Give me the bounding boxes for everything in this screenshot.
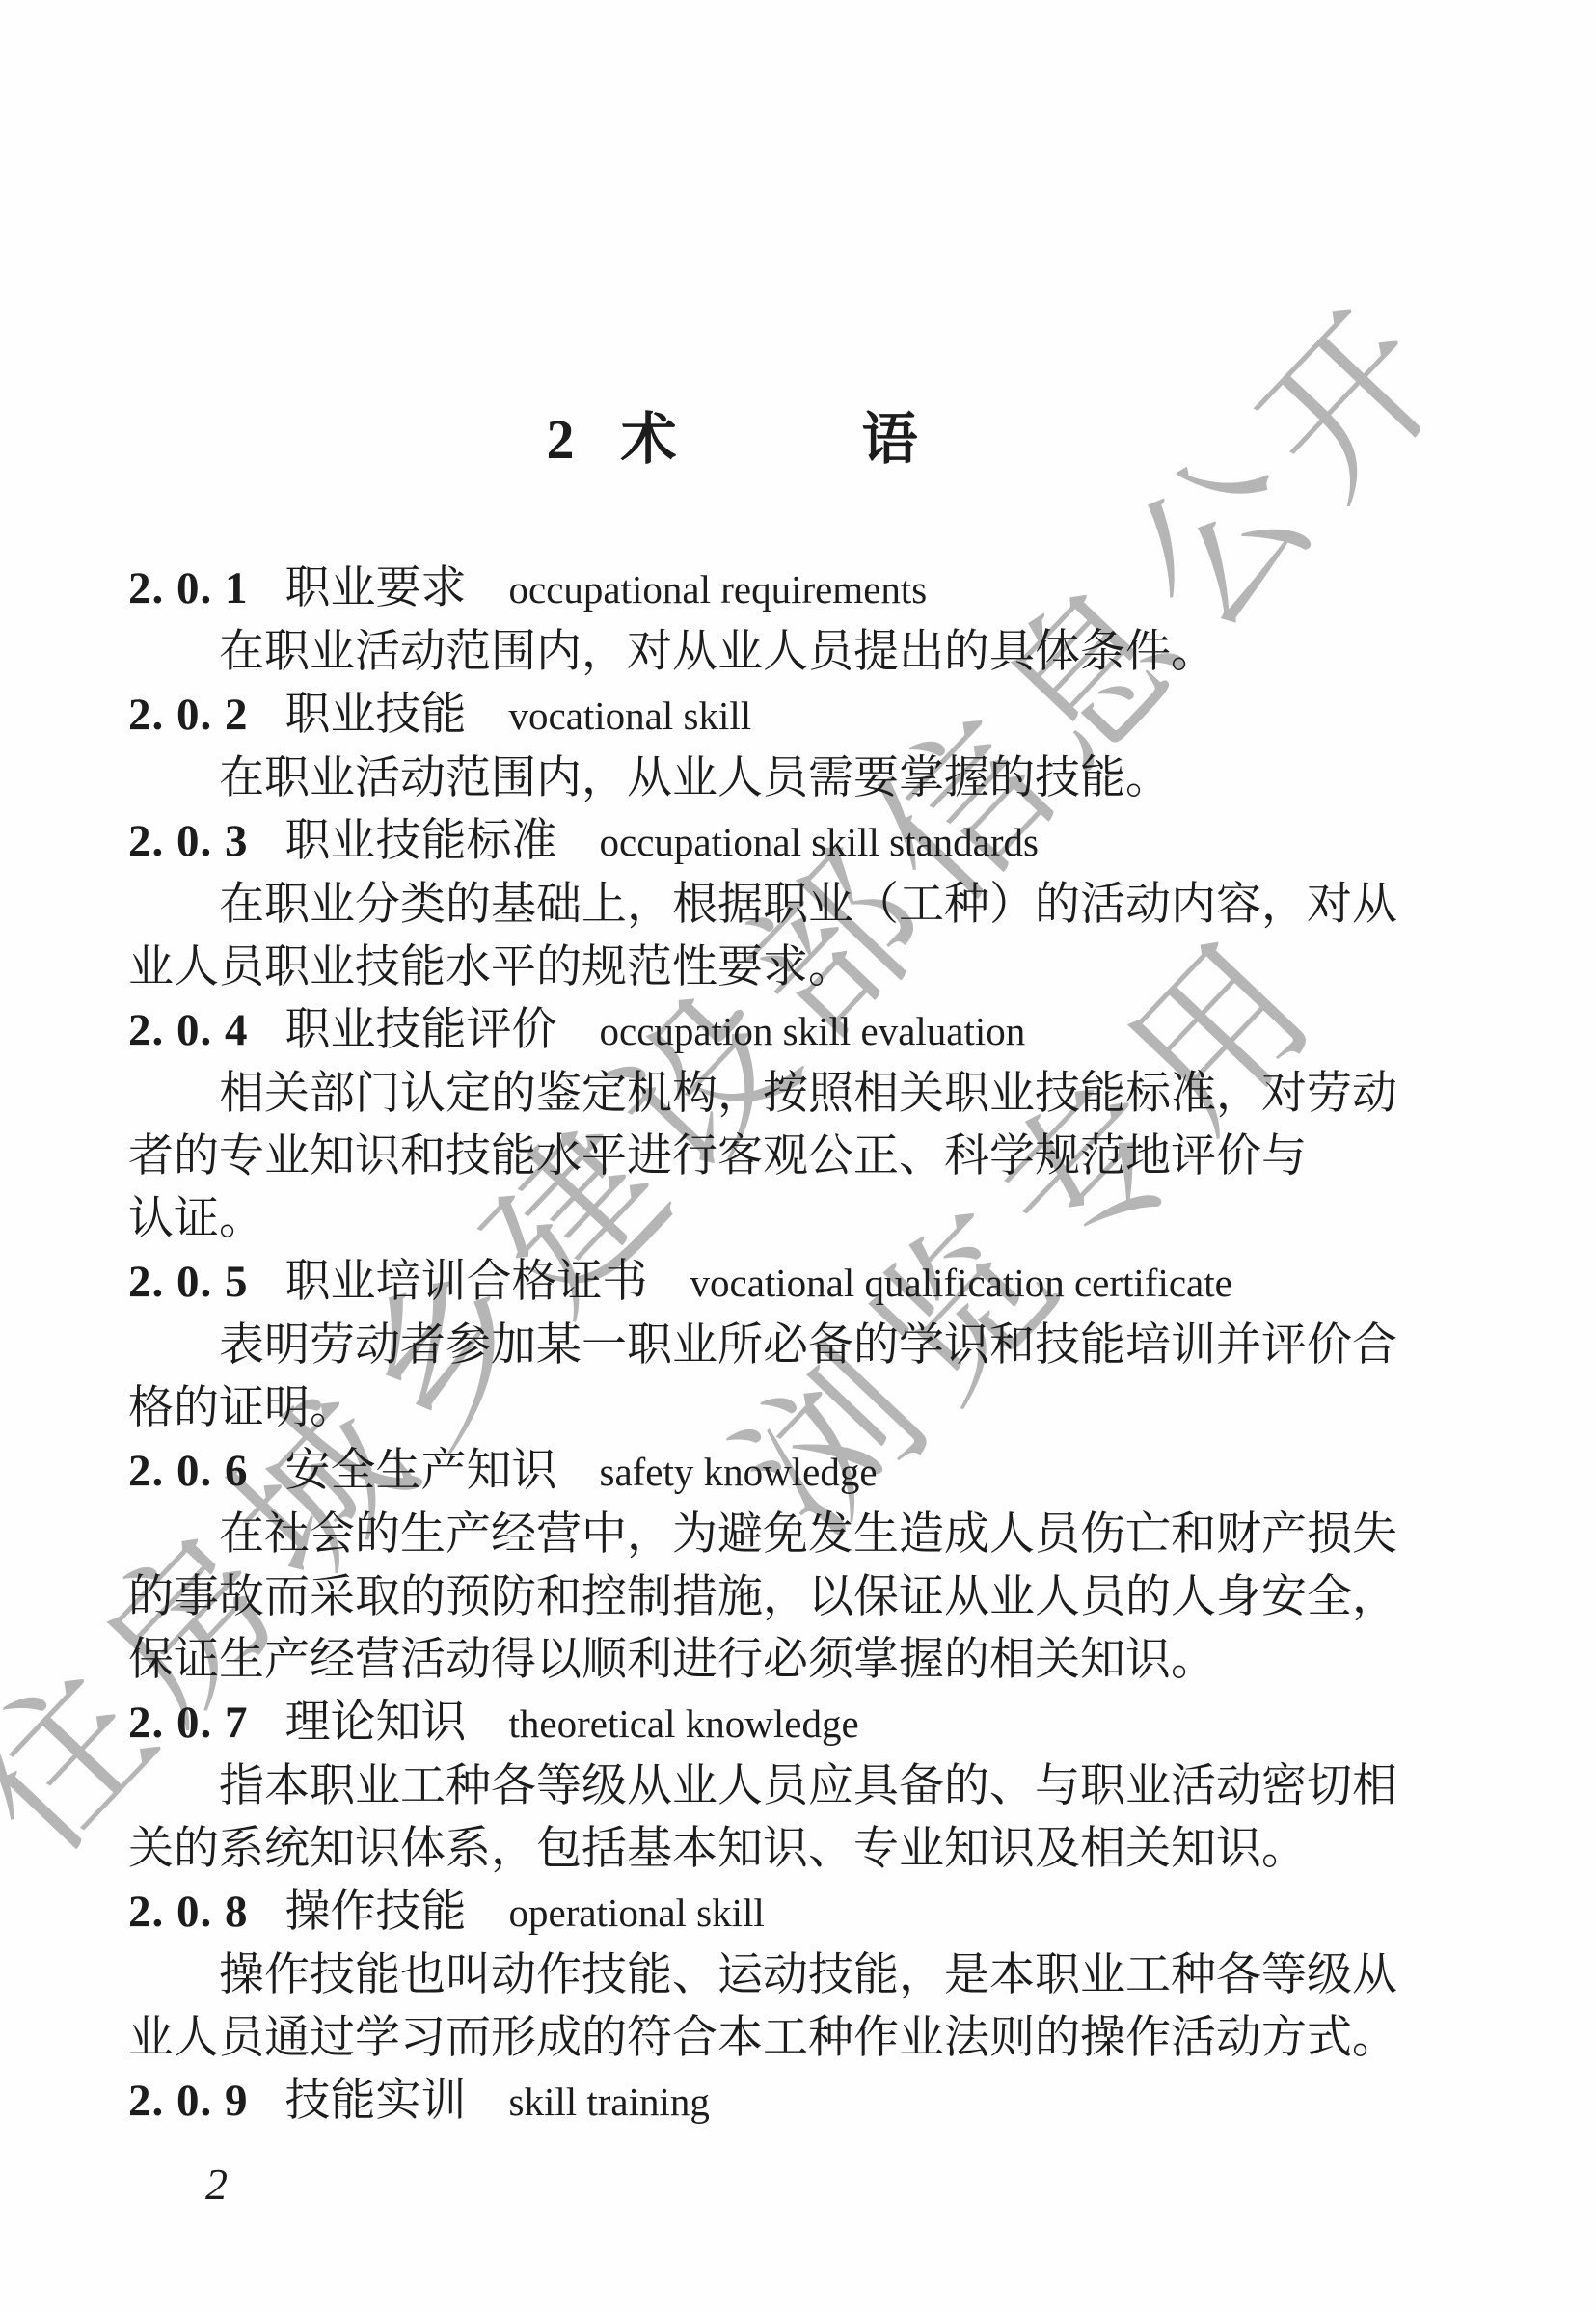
term-heading: 2. 0. 9技能实训skill training xyxy=(128,2070,1475,2134)
clause-number: 2. 0. 3 xyxy=(128,816,249,866)
clause-number: 2. 0. 8 xyxy=(128,1887,249,1937)
term-section-2-0-3: 2. 0. 3职业技能标准occupational skill standard… xyxy=(128,810,1475,999)
clause-number: 2. 0. 5 xyxy=(128,1257,249,1307)
term-english: operational skill xyxy=(509,1890,765,1935)
term-english: theoretical knowledge xyxy=(509,1701,859,1746)
term-section-2-0-7: 2. 0. 7理论知识theoretical knowledge 指本职业工种各… xyxy=(128,1692,1475,1881)
term-chinese: 职业技能评价 xyxy=(285,1005,557,1055)
term-section-2-0-4: 2. 0. 4职业技能评价occupation skill evaluation… xyxy=(128,999,1475,1251)
document-page: 住房城乡建设部信息公开 浏览专用 2术语 2. 0. 1职业要求occupati… xyxy=(0,0,1596,2311)
chapter-number: 2 xyxy=(546,408,576,471)
term-section-2-0-6: 2. 0. 6安全生产知识safety knowledge 在社会的生产经营中，… xyxy=(128,1440,1475,1692)
clause-number: 2. 0. 2 xyxy=(128,690,249,740)
chapter-title: 2术语 xyxy=(0,394,1466,475)
term-chinese: 操作技能 xyxy=(285,1887,467,1937)
chapter-title-char-1: 术 xyxy=(620,408,678,471)
term-definition: 表明劳动者参加某一职业所必备的学识和技能培训并评价合 格的证明。 xyxy=(128,1315,1475,1440)
term-definition: 在社会的生产经营中，为避免发生造成人员伤亡和财产损失 的事故而采取的预防和控制措… xyxy=(128,1504,1475,1692)
term-heading: 2. 0. 4职业技能评价occupation skill evaluation xyxy=(128,999,1475,1063)
term-section-2-0-1: 2. 0. 1职业要求occupational requirements 在职业… xyxy=(128,557,1475,684)
term-english: safety knowledge xyxy=(600,1450,878,1494)
term-definition: 操作技能也叫动作技能、运动技能，是本职业工种各等级从 业人员通过学习而形成的符合… xyxy=(128,1944,1475,2070)
term-definition: 在职业活动范围内，对从业人员提出的具体条件。 xyxy=(128,621,1475,684)
term-section-2-0-2: 2. 0. 2职业技能vocational skill 在职业活动范围内，从业人… xyxy=(128,684,1475,810)
clause-number: 2. 0. 7 xyxy=(128,1698,249,1748)
term-definition: 指本职业工种各等级从业人员应具备的、与职业活动密切相 关的系统知识体系，包括基本… xyxy=(128,1755,1475,1881)
term-section-2-0-9: 2. 0. 9技能实训skill training xyxy=(128,2070,1475,2134)
term-chinese: 职业培训合格证书 xyxy=(285,1257,648,1307)
term-section-2-0-5: 2. 0. 5职业培训合格证书vocational qualification … xyxy=(128,1251,1475,1440)
term-chinese: 安全生产知识 xyxy=(285,1446,557,1496)
term-chinese: 职业要求 xyxy=(285,563,467,613)
clause-number: 2. 0. 9 xyxy=(128,2076,249,2126)
term-chinese: 技能实训 xyxy=(285,2076,467,2126)
terms-list: 2. 0. 1职业要求occupational requirements 在职业… xyxy=(128,557,1475,2134)
term-english: vocational qualification certificate xyxy=(690,1261,1232,1305)
term-chinese: 理论知识 xyxy=(285,1698,467,1748)
term-english: vocational skill xyxy=(509,693,752,738)
page-number: 2 xyxy=(205,2159,228,2210)
term-heading: 2. 0. 3职业技能标准occupational skill standard… xyxy=(128,810,1475,874)
term-definition: 相关部门认定的鉴定机构，按照相关职业技能标准，对劳动 者的专业知识和技能水平进行… xyxy=(128,1063,1475,1251)
term-english: occupational requirements xyxy=(509,567,928,612)
term-heading: 2. 0. 1职业要求occupational requirements xyxy=(128,557,1475,621)
term-heading: 2. 0. 6安全生产知识safety knowledge xyxy=(128,1440,1475,1504)
term-heading: 2. 0. 7理论知识theoretical knowledge xyxy=(128,1692,1475,1755)
term-heading: 2. 0. 8操作技能operational skill xyxy=(128,1881,1475,1944)
page-content: 2术语 2. 0. 1职业要求occupational requirements… xyxy=(0,0,1596,2311)
term-english: occupation skill evaluation xyxy=(600,1009,1026,1053)
term-definition: 在职业活动范围内，从业人员需要掌握的技能。 xyxy=(128,748,1475,810)
term-english: occupational skill standards xyxy=(600,820,1039,864)
term-section-2-0-8: 2. 0. 8操作技能operational skill 操作技能也叫动作技能、… xyxy=(128,1881,1475,2070)
term-english: skill training xyxy=(509,2080,710,2124)
term-definition: 在职业分类的基础上，根据职业（工种）的活动内容，对从 业人员职业技能水平的规范性… xyxy=(128,874,1475,999)
chapter-title-char-2: 语 xyxy=(862,408,920,471)
term-chinese: 职业技能 xyxy=(285,690,467,740)
term-heading: 2. 0. 2职业技能vocational skill xyxy=(128,684,1475,748)
clause-number: 2. 0. 4 xyxy=(128,1005,249,1055)
clause-number: 2. 0. 6 xyxy=(128,1446,249,1496)
term-chinese: 职业技能标准 xyxy=(285,816,557,866)
clause-number: 2. 0. 1 xyxy=(128,563,249,613)
term-heading: 2. 0. 5职业培训合格证书vocational qualification … xyxy=(128,1251,1475,1315)
